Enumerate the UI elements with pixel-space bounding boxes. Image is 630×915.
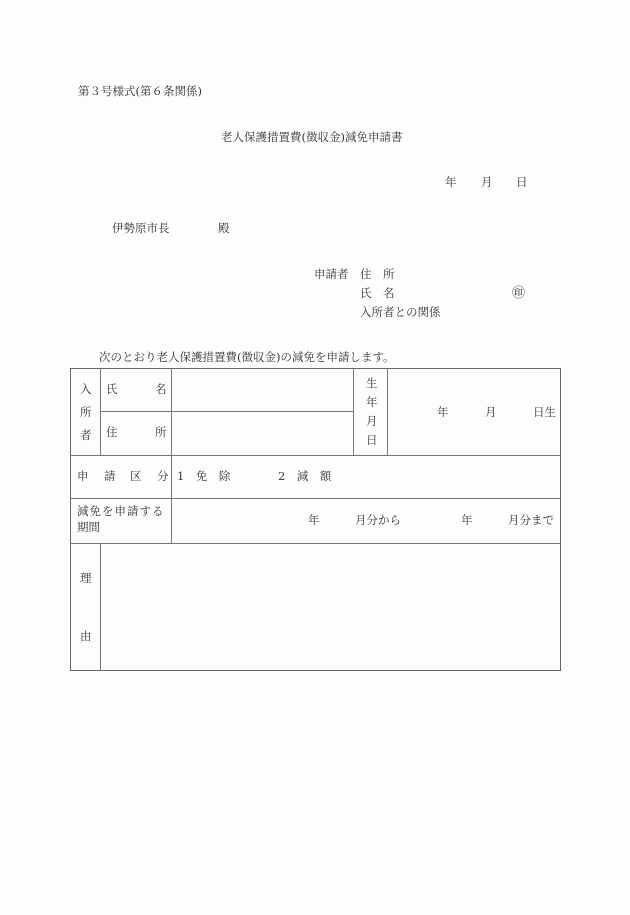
name-label-char: 名: [155, 384, 167, 396]
birth-label-char: 年: [366, 397, 378, 409]
birth-month[interactable]: 月: [485, 407, 497, 419]
divider: [353, 368, 354, 455]
period-from-year[interactable]: 年: [308, 515, 320, 527]
addressee-name: 伊勢原市長: [112, 223, 170, 235]
resident-name-field[interactable]: [172, 369, 352, 410]
form-number: 第３号様式(第６条関係): [78, 86, 202, 98]
reason-label-char: 由: [80, 631, 92, 643]
date-day[interactable]: 日: [516, 177, 528, 189]
applicant-relation-label: 入所者との関係: [360, 307, 441, 319]
divider: [387, 368, 388, 455]
category-label-char: 分: [157, 471, 169, 483]
period-from-month[interactable]: 月分から: [355, 515, 401, 527]
reason-label-char: 理: [80, 573, 92, 585]
resident-label-char: 入: [80, 384, 92, 396]
divider: [70, 455, 561, 456]
applicant-address-label: 住 所: [360, 269, 395, 281]
date-month[interactable]: 月: [481, 177, 493, 189]
applicant-label: 申請者: [314, 269, 349, 281]
period-to-month[interactable]: 月分まで: [508, 515, 554, 527]
period-label: 減免を申請する: [77, 506, 165, 518]
divider: [100, 368, 101, 455]
category-label-char: 請: [104, 471, 116, 483]
option-exemption[interactable]: 1 免 除: [177, 471, 230, 483]
birth-year[interactable]: 年: [437, 407, 449, 419]
birth-label-char: 生: [366, 378, 378, 390]
document-title: 老人保護措置費(徴収金)減免申請書: [221, 132, 402, 144]
birth-label-char: 日: [366, 435, 378, 447]
category-label-char: 区: [130, 471, 142, 483]
divider: [70, 543, 561, 544]
resident-label-char: 所: [80, 407, 92, 419]
address-label-char: 住: [106, 427, 118, 439]
addressee-honorific: 殿: [218, 223, 230, 235]
divider: [70, 498, 561, 499]
resident-address-field[interactable]: [172, 412, 352, 454]
address-label-char: 所: [155, 427, 167, 439]
applicant-name-label: 氏 名: [360, 288, 395, 300]
period-label: 期間: [77, 522, 100, 534]
date-year[interactable]: 年: [445, 177, 457, 189]
birth-day[interactable]: 日生: [533, 407, 556, 419]
period-to-year[interactable]: 年: [461, 515, 473, 527]
intro-text: 次のとおり老人保護措置費(徴収金)の減免を申請します。: [99, 352, 395, 364]
name-label-char: 氏: [106, 384, 118, 396]
resident-label-char: 者: [80, 430, 92, 442]
divider: [100, 543, 101, 671]
birth-label-char: 月: [366, 416, 378, 428]
reason-field[interactable]: [102, 545, 560, 670]
option-reduction[interactable]: 2 減 額: [278, 471, 331, 483]
category-label-char: 申: [77, 471, 89, 483]
seal-icon: ㊞: [512, 287, 525, 300]
